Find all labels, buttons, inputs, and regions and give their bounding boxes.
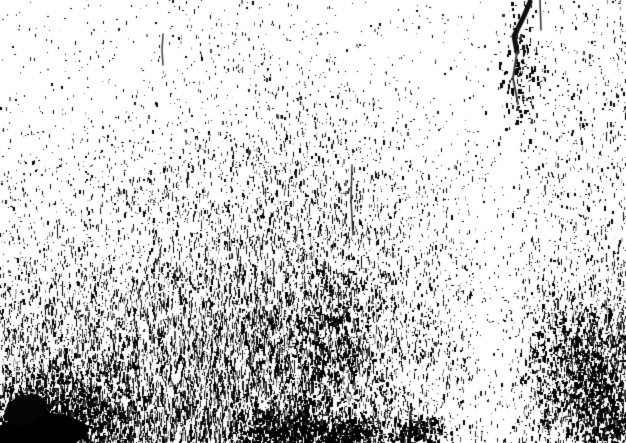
grunge-texture-canvas: [0, 0, 626, 443]
grunge-texture-image: [0, 0, 626, 443]
